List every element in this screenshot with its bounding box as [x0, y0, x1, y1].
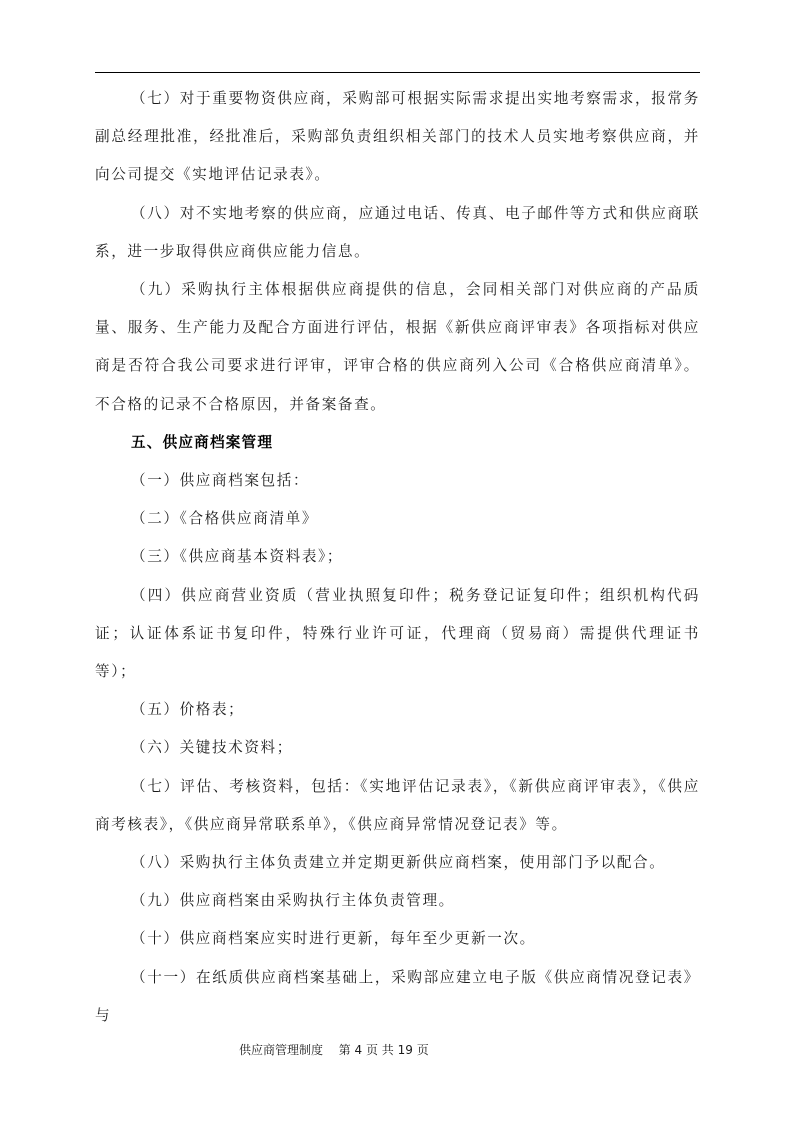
document-body: （七）对于重要物资供应商，采购部可根据实际需求提出实地考察需求，报常务副总经理批… — [95, 80, 700, 1035]
list-item-6: （六）关键技术资料； — [95, 729, 700, 767]
footer-total-pages: 19 — [398, 1043, 413, 1057]
footer-page-suffix: 页 — [417, 1043, 429, 1057]
footer-page-number: 4 — [355, 1043, 363, 1057]
header-rule — [95, 72, 700, 73]
paragraph-7-onsite-inspection: （七）对于重要物资供应商，采购部可根据实际需求提出实地考察需求，报常务副总经理批… — [95, 80, 700, 195]
list-item-3: （三）《供应商基本资料表》； — [95, 538, 700, 576]
list-item-9: （九）供应商档案由采购执行主体负责管理。 — [95, 882, 700, 920]
footer-page-prefix: 第 — [339, 1043, 351, 1057]
paragraph-9-evaluation: （九）采购执行主体根据供应商提供的信息，会同相关部门对供应商的产品质量、服务、生… — [95, 271, 700, 424]
list-item-5: （五）价格表； — [95, 691, 700, 729]
list-item-1: （一）供应商档案包括： — [95, 462, 700, 500]
paragraph-8-remote-contact: （八）对不实地考察的供应商，应通过电话、传真、电子邮件等方式和供应商联系，进一步… — [95, 195, 700, 271]
list-item-10: （十）供应商档案应实时进行更新，每年至少更新一次。 — [95, 920, 700, 958]
list-item-7: （七）评估、考核资料，包括：《实地评估记录表》，《新供应商评审表》，《供应商考核… — [95, 768, 700, 844]
list-item-11: （十一）在纸质供应商档案基础上，采购部应建立电子版《供应商情况登记表》与 — [95, 959, 700, 1035]
list-item-4: （四）供应商营业资质（营业执照复印件；税务登记证复印件；组织机构代码证；认证体系… — [95, 577, 700, 692]
list-item-2: （二）《合格供应商清单》 — [95, 500, 700, 538]
list-item-8: （八）采购执行主体负责建立并定期更新供应商档案，使用部门予以配合。 — [95, 844, 700, 882]
section-heading-supplier-archive: 五、供应商档案管理 — [95, 424, 700, 462]
footer-doc-title: 供应商管理制度 — [239, 1043, 323, 1057]
footer-page-mid: 页 共 — [366, 1043, 394, 1057]
